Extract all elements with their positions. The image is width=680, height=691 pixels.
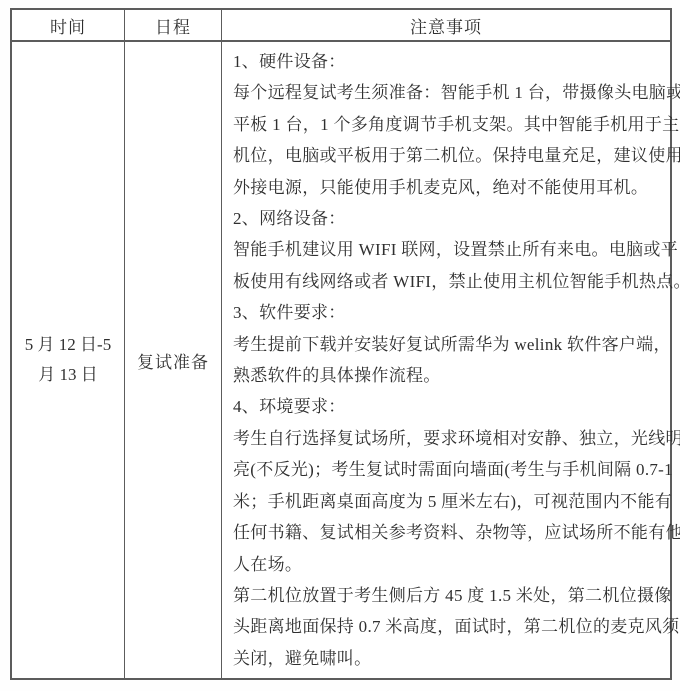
text-line: 关闭，避免啸叫。 bbox=[233, 643, 662, 674]
text-line: 头距离地面保持 0.7 米高度，面试时，第二机位的麦克风须 bbox=[233, 611, 662, 642]
text-line: 机位，电脑或平板用于第二机位。保持电量充足，建议使用 bbox=[233, 140, 662, 171]
text-line: 任何书籍、复试相关参考资料、杂物等，应试场所不能有他 bbox=[233, 517, 662, 548]
text-line: 1、硬件设备： bbox=[233, 46, 662, 77]
text-line: 考生提前下载并安装好复试所需华为 welink 软件客户端， bbox=[233, 329, 662, 360]
text-line: 人在场。 bbox=[233, 549, 662, 580]
text-line: 每个远程复试考生须准备：智能手机 1 台，带摄像头电脑或 bbox=[233, 77, 662, 108]
text-line: 考生自行选择复试场所，要求环境相对安静、独立，光线明 bbox=[233, 423, 662, 454]
text-line: 2、网络设备： bbox=[233, 203, 662, 234]
document-page: 时间 日程 注意事项 5 月 12 日-5月 13 日 复试准备 1、硬件设备：… bbox=[0, 0, 680, 691]
schedule-cell: 复试准备 bbox=[125, 42, 222, 678]
text-line: 3、软件要求： bbox=[233, 297, 662, 328]
notes-cell: 1、硬件设备：每个远程复试考生须准备：智能手机 1 台，带摄像头电脑或平板 1 … bbox=[222, 42, 670, 678]
time-cell: 5 月 12 日-5月 13 日 bbox=[12, 42, 125, 678]
text-line: 智能手机建议用 WIFI 联网，设置禁止所有来电。电脑或平 bbox=[233, 234, 662, 265]
text-line: 米；手机距离桌面高度为 5 厘米左右)，可视范围内不能有 bbox=[233, 486, 662, 517]
text-line: 4、环境要求： bbox=[233, 391, 662, 422]
text-line: 平板 1 台，1 个多角度调节手机支架。其中智能手机用于主 bbox=[233, 109, 662, 140]
header-cell-notes: 注意事项 bbox=[222, 10, 670, 40]
text-line: 板使用有线网络或者 WIFI，禁止使用主机位智能手机热点。 bbox=[233, 266, 662, 297]
header-cell-schedule: 日程 bbox=[125, 10, 222, 40]
text-line: 熟悉软件的具体操作流程。 bbox=[233, 360, 662, 391]
schedule-table: 时间 日程 注意事项 5 月 12 日-5月 13 日 复试准备 1、硬件设备：… bbox=[10, 8, 672, 680]
text-line: 月 13 日 bbox=[38, 360, 98, 390]
table-row: 5 月 12 日-5月 13 日 复试准备 1、硬件设备：每个远程复试考生须准备… bbox=[12, 42, 670, 678]
text-line: 外接电源，只能使用手机麦克风，绝对不能使用耳机。 bbox=[233, 172, 662, 203]
text-line: 5 月 12 日-5 bbox=[25, 330, 111, 360]
table-header-row: 时间 日程 注意事项 bbox=[12, 10, 670, 42]
text-line: 第二机位放置于考生侧后方 45 度 1.5 米处，第二机位摄像 bbox=[233, 580, 662, 611]
header-cell-time: 时间 bbox=[12, 10, 125, 40]
text-line: 亮(不反光)；考生复试时需面向墙面(考生与手机间隔 0.7-1 bbox=[233, 454, 662, 485]
